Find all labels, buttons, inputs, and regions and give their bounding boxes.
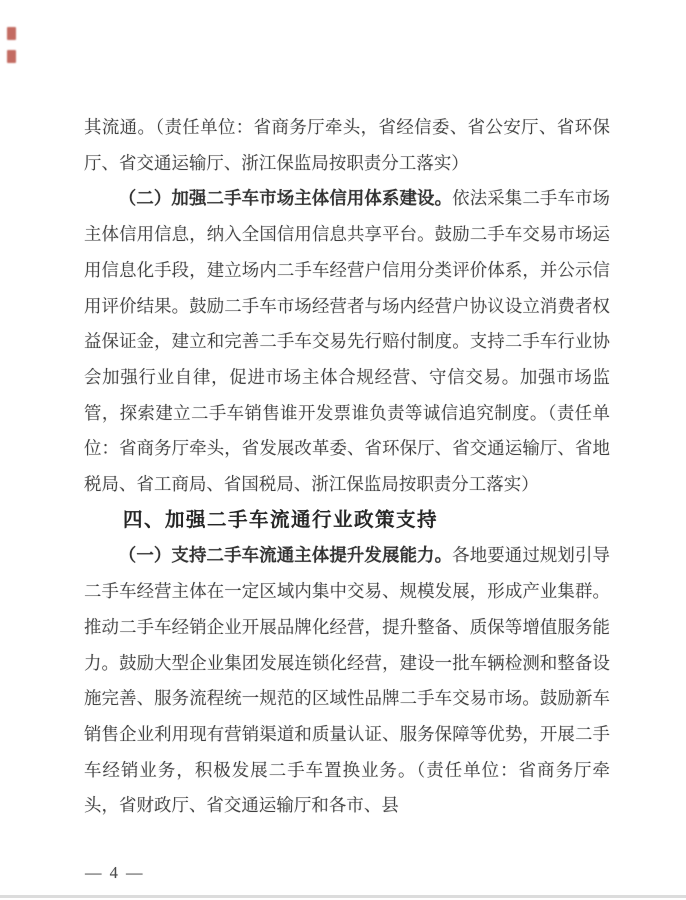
red-scan-mark-icon bbox=[7, 50, 16, 63]
paragraph-credit-system: （二）加强二手车市场主体信用体系建设。依法采集二手车市场主体信用信息，纳入全国信… bbox=[84, 181, 610, 502]
scanned-document-page: 其流通。（责任单位：省商务厅牵头，省经信委、省公安厅、省环保厅、省交通运输厅、浙… bbox=[0, 0, 686, 900]
paragraph-text: 依法采集二手车市场主体信用信息，纳入全国信用信息共享平台。鼓励二手车交易市场运用… bbox=[84, 188, 610, 494]
section-heading: 四、加强二手车流通行业政策支持 bbox=[84, 503, 610, 539]
red-scan-mark-icon bbox=[7, 27, 16, 40]
page-number: — 4 — bbox=[85, 863, 145, 883]
scan-edge-line bbox=[0, 895, 686, 898]
paragraph-lead-bold: （一）支持二手车流通主体提升发展能力。 bbox=[119, 545, 452, 565]
paragraph-policy-support: （一）支持二手车流通主体提升发展能力。各地要通过规划引导二手车经营主体在一定区域… bbox=[84, 538, 610, 824]
paragraph-lead-bold: （二）加强二手车市场主体信用体系建设。 bbox=[119, 188, 452, 208]
paragraph-text: 其流通。（责任单位：省商务厅牵头，省经信委、省公安厅、省环保厅、省交通运输厅、浙… bbox=[84, 117, 610, 173]
page-content: 其流通。（责任单位：省商务厅牵头，省经信委、省公安厅、省环保厅、省交通运输厅、浙… bbox=[84, 110, 610, 824]
paragraph-text: 各地要通过规划引导二手车经营主体在一定区域内集中交易、规模发展，形成产业集群。推… bbox=[84, 545, 610, 815]
paragraph-continuation: 其流通。（责任单位：省商务厅牵头，省经信委、省公安厅、省环保厅、省交通运输厅、浙… bbox=[84, 110, 610, 181]
